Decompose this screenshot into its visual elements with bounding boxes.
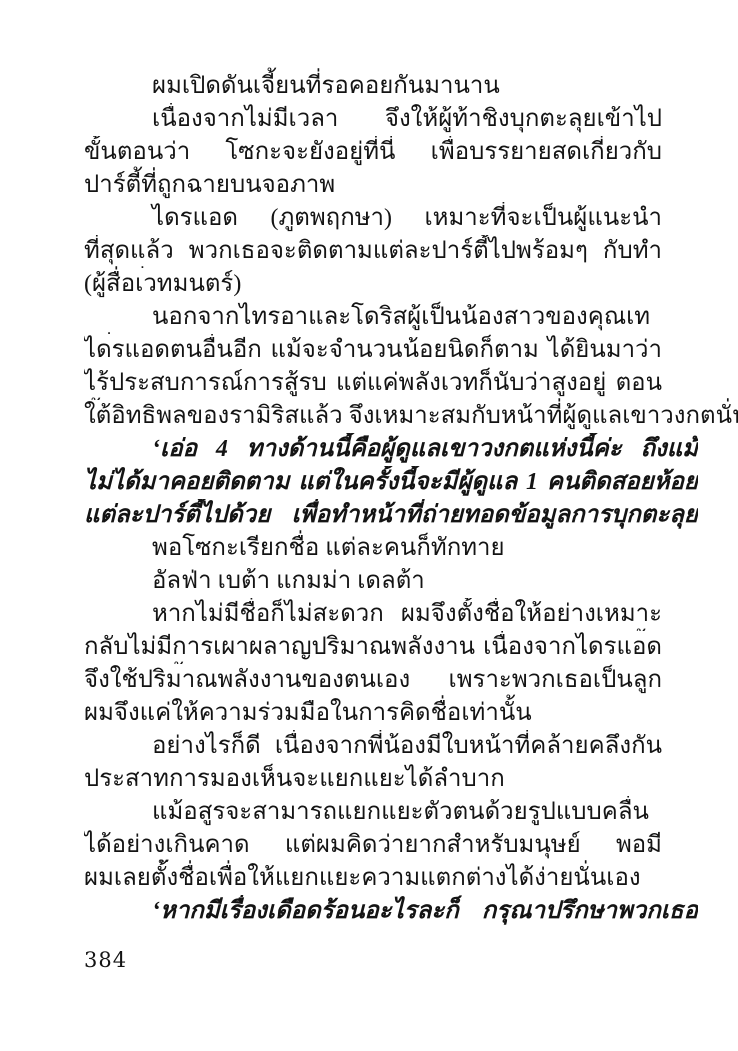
page-text: ผมเปิดดันเจี้ยนที่รอคอยกันมานาน เนื่องจา… (84, 70, 662, 928)
page-number: 384 (84, 948, 127, 972)
text-line: ประสาทการมองเห็นจะแยกแยะได้ลำบาก (84, 763, 662, 796)
text-line: อัลฟ่า เบต้า แกมม่า เดลต้า (84, 565, 662, 598)
text-line: ไร้ประสบการณ์การสู้รบ แต่แค่พลังเวทก็นับ… (84, 367, 662, 400)
text-line: จึงใช้ปริมาณพลังงานของตนเอง เพราะพวกเธอเ… (84, 664, 662, 697)
text-line: ขั้นตอนว่า โซกะจะยังอยู่ที่นี่ เพื่อบรรย… (84, 136, 662, 169)
text-line: กลับไม่มีการเผาผลาญปริมาณพลังงาน เนื่องจ… (84, 631, 662, 664)
quote-line: ‘หากมีเรื่องเดือดร้อนอะไรละก็ กรุณาปรึกษ… (84, 895, 698, 928)
text-line: ผมเปิดดันเจี้ยนที่รอคอยกันมานาน (84, 70, 662, 103)
text-line: พอโซกะเรียกชื่อ แต่ละคนก็ทักทาย (84, 532, 662, 565)
book-page: { "page": { "number": "384", "background… (0, 0, 738, 1051)
text-line: ปาร์ตี้ที่ถูกฉายบนจอภาพ (84, 169, 662, 202)
text-line: ได้อย่างเกินคาด แต่ผมคิดว่ายากสำหรับมนุษ… (84, 829, 662, 862)
text-line: หากไม่มีชื่อก็ไม่สะดวก ผมจึงตั้งชื่อให้อ… (84, 598, 662, 631)
text-line: (ผู้สื่อเวทมนตร์) (84, 268, 662, 301)
text-line: แม้อสูรจะสามารถแยกแยะตัวตนด้วยรูปแบบคลื่… (84, 796, 662, 829)
text-line: ผมจึงแค่ให้ความร่วมมือในการคิดชื่อเท่านั… (84, 697, 662, 730)
text-line: ที่สุดแล้ว พวกเธอจะติดตามแต่ละปาร์ตี้ไปพ… (84, 235, 662, 268)
text-line: อย่างไรก็ดี เนื่องจากพี่น้องมีใบหน้าที่ค… (84, 730, 662, 763)
text-line: ไดรแอดตนอื่นอีก แม้จะจำนวนน้อยนิดก็ตาม ไ… (84, 334, 662, 367)
quote-line: ‘เอ่อ 4 ทางด้านนี้คือผู้ดูแลเขาวงกตแห่งน… (84, 433, 698, 466)
text-line: นอกจากไทรอาและโดริสผู้เป็นน้องสาวของคุณเ… (84, 301, 662, 334)
text-line: ผมเลยตั้งชื่อเพื่อให้แยกแยะความแตกต่างได… (84, 862, 662, 895)
quote-line: แต่ละปาร์ตี้ไปด้วย เพื่อทำหน้าที่ถ่ายทอด… (84, 499, 698, 532)
quote-line: ไม่ได้มาคอยติดตาม แต่ในครั้งนี้จะมีผู้ดู… (84, 466, 698, 499)
text-line: ใต้อิทธิพลของรามิริสแล้ว จึงเหมาะสมกับหน… (84, 400, 662, 433)
text-line: เนื่องจากไม่มีเวลา จึงให้ผู้ท้าชิงบุกตะล… (84, 103, 662, 136)
text-line: ไดรแอด (ภูตพฤกษา) เหมาะที่จะเป็นผู้แนะนำ… (84, 202, 662, 235)
